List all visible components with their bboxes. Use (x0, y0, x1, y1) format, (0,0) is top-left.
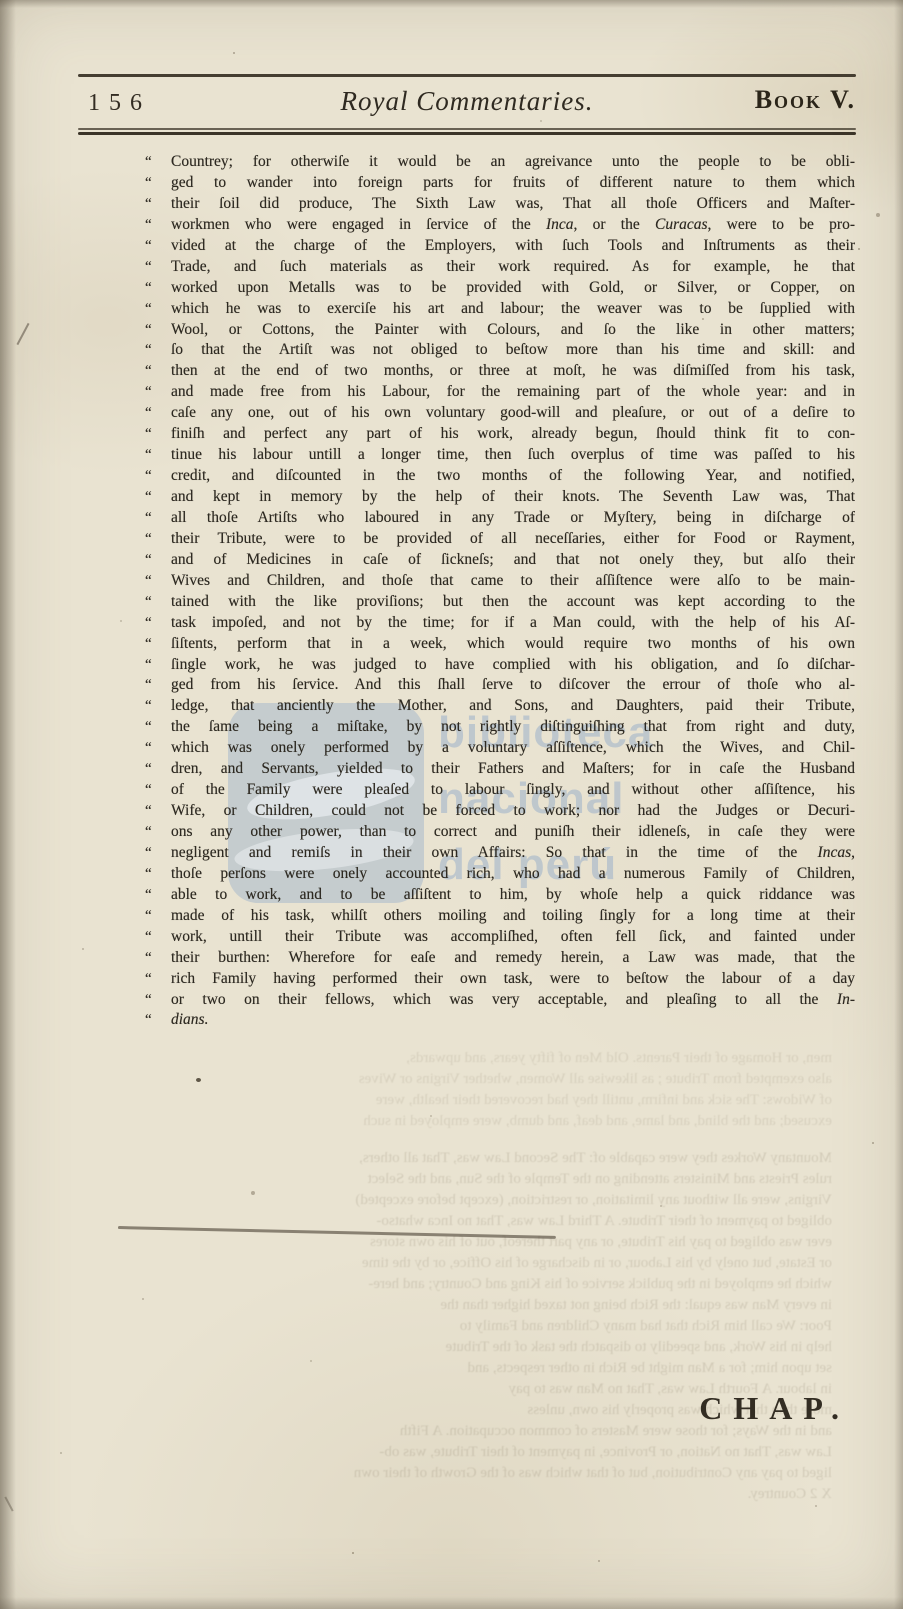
quote-mark: “ (145, 822, 171, 843)
text-line: “ged from his ſervice. And this ſhall ſe… (145, 675, 855, 696)
quote-mark: “ (145, 278, 171, 299)
text-line-content: task impoſed, and not by the time; for i… (171, 613, 855, 634)
quote-mark: “ (145, 613, 171, 634)
text-line-content: workmen who were engaged in ſervice of t… (171, 215, 855, 236)
quote-mark: “ (145, 780, 171, 801)
quote-mark: “ (145, 675, 171, 696)
text-line: “ged to wander into foreign parts for fr… (145, 173, 855, 194)
text-line-content: made of his task, whilſt others moiling … (171, 906, 855, 927)
text-line: “thoſe perſons were onely accounted rich… (145, 864, 855, 885)
bleedthrough-line: set upon him; for a Man might be Rich in… (126, 1358, 832, 1379)
text-line: “ledge, that anciently the Mother, and S… (145, 696, 855, 717)
text-line: “worked upon Metalls was to be provided … (145, 278, 855, 299)
text-line-content: then at the end of two months, or three … (171, 361, 855, 382)
scanned-book-page: men, or Homage of their Parents. Old Men… (0, 0, 903, 1609)
text-line-content: finiſh and perfect any part of his work,… (171, 424, 855, 445)
text-line: “their ſoil did produce, The Sixth Law w… (145, 194, 855, 215)
quote-mark: “ (145, 508, 171, 529)
text-line-content: and of Medicines in caſe of ſickneſs; an… (171, 550, 855, 571)
text-line: “and of Medicines in caſe of ſickneſs; a… (145, 550, 855, 571)
header-rule-thick (78, 132, 856, 135)
text-line-content: ſingle work, he was judged to have compl… (171, 655, 855, 676)
bleedthrough-line: or Estate, but onely by his Labour, or i… (126, 1253, 832, 1274)
bleedthrough-line: of Widows: The sick and infirm, untill t… (126, 1090, 832, 1111)
quote-mark: “ (145, 382, 171, 403)
text-line-content: or two on their fellows, which was very … (171, 990, 855, 1011)
quote-mark: “ (145, 655, 171, 676)
quote-mark: “ (145, 948, 171, 969)
quote-mark: “ (145, 340, 171, 361)
bleedthrough-lower: Mountany Workes they were capable of: Th… (126, 1148, 832, 1505)
text-line: “rich Family having performed their own … (145, 969, 855, 990)
text-line: “dians. (145, 1010, 855, 1031)
text-line-content: ſiſtents, perform that in a week, which … (171, 634, 855, 655)
catchword: CHAP. (600, 1390, 850, 1427)
quote-mark: “ (145, 173, 171, 194)
text-line: “which he was to exerciſe his art and la… (145, 299, 855, 320)
bleedthrough-line: liged to pay any Contribution, but of th… (126, 1463, 832, 1484)
text-line: “ſingle work, he was judged to have comp… (145, 655, 855, 676)
text-line-content: which was onely performed by a voluntary… (171, 738, 855, 759)
quote-mark: “ (145, 424, 171, 445)
bleedthrough-line: Mountany Workes they were capable of: Th… (126, 1148, 832, 1169)
quote-mark: “ (145, 906, 171, 927)
bleedthrough-line: X 2 Countrey. (126, 1484, 832, 1505)
text-line-content: their burthen: Wherefore for eaſe and re… (171, 948, 855, 969)
text-line-content: their ſoil did produce, The Sixth Law wa… (171, 194, 855, 215)
paper-specks (0, 0, 2, 2)
quote-mark: “ (145, 759, 171, 780)
text-line-content: Wool, or Cottons, the Painter with Colou… (171, 320, 855, 341)
quote-mark: “ (145, 571, 171, 592)
text-line-content: ſo that the Artiſt was not obliged to be… (171, 340, 855, 361)
text-line-content: of the Family were pleaſed to labour ſin… (171, 780, 855, 801)
text-line: “tinue his labour untill a longer time, … (145, 445, 855, 466)
pen-mark (4, 1496, 13, 1511)
bleedthrough-upper: men, or Homage of their Parents. Old Men… (126, 1048, 832, 1132)
quote-mark: “ (145, 236, 171, 257)
text-line: “Countrey; for otherwiſe it would be an … (145, 152, 855, 173)
text-line-content: their Tribute, were to be provided of al… (171, 529, 855, 550)
text-line-content: ons any other power, than to correct and… (171, 822, 855, 843)
quote-mark: “ (145, 529, 171, 550)
text-line-content: the ſame being a miſtake, by not rightly… (171, 717, 855, 738)
text-line: “made of his task, whilſt others moiling… (145, 906, 855, 927)
quote-mark: “ (145, 990, 171, 1011)
text-line-content: ledge, that anciently the Mother, and So… (171, 696, 855, 717)
text-line: “their Tribute, were to be provided of a… (145, 529, 855, 550)
book-label: Book V. (755, 85, 856, 115)
text-line-content: negligent and remiſs in their own Affair… (171, 843, 855, 864)
bleedthrough-line: excused; and the blind, and lame, and de… (126, 1111, 832, 1132)
text-line: “vided at the charge of the Employers, w… (145, 236, 855, 257)
quote-mark: “ (145, 843, 171, 864)
text-line-content: Trade, and ſuch materials as their work … (171, 257, 855, 278)
page-header: 156 Royal Commentaries. Book V. (78, 84, 856, 126)
text-line-content: ged to wander into foreign parts for fru… (171, 173, 855, 194)
text-line-content: Countrey; for otherwiſe it would be an a… (171, 152, 855, 173)
quote-mark: “ (145, 445, 171, 466)
text-line-content: able to work, and to be aſſiſtent to him… (171, 885, 855, 906)
text-line: “their burthen: Wherefore for eaſe and r… (145, 948, 855, 969)
text-line: “of the Family were pleaſed to labour ſi… (145, 780, 855, 801)
text-line: “able to work, and to be aſſiſtent to hi… (145, 885, 855, 906)
text-line-content: Wife, or Children, could not be forced t… (171, 801, 855, 822)
text-line-content: dren, and Servants, yielded to their Fat… (171, 759, 855, 780)
text-line: “and made free from his Labour, for the … (145, 382, 855, 403)
bleedthrough-line: men, or Homage of their Parents. Old Men… (126, 1048, 832, 1069)
text-line-content: tinue his labour untill a longer time, t… (171, 445, 855, 466)
text-line: “Wool, or Cottons, the Painter with Colo… (145, 320, 855, 341)
bleedthrough-line: which he employed in the publick service… (126, 1274, 832, 1295)
quote-mark: “ (145, 550, 171, 571)
bleedthrough-rule (118, 1226, 556, 1238)
text-line: “tained with the like proviſions; but th… (145, 592, 855, 613)
text-line: “Wives and Children, and thoſe that came… (145, 571, 855, 592)
bleedthrough-line: also exempted from Tribute ; as likewise… (126, 1069, 832, 1090)
quote-mark: “ (145, 361, 171, 382)
header-rule-bottom (78, 128, 856, 135)
bleedthrough-line: Law was, That no Nation, or Province, in… (126, 1442, 832, 1463)
text-line: “ſo that the Artiſt was not obliged to b… (145, 340, 855, 361)
quote-mark: “ (145, 717, 171, 738)
text-line: “dren, and Servants, yielded to their Fa… (145, 759, 855, 780)
text-line: “caſe any one, out of his own voluntary … (145, 403, 855, 424)
text-line: “ſiſtents, perform that in a week, which… (145, 634, 855, 655)
text-line: “ons any other power, than to correct an… (145, 822, 855, 843)
text-line: “finiſh and perfect any part of his work… (145, 424, 855, 445)
quote-mark: “ (145, 738, 171, 759)
quote-mark: “ (145, 320, 171, 341)
quote-mark: “ (145, 634, 171, 655)
text-line-content: dians. (171, 1010, 855, 1031)
text-line: “work, untill their Tribute was accompli… (145, 927, 855, 948)
quote-mark: “ (145, 1010, 171, 1031)
text-line-content: worked upon Metalls was to be provided w… (171, 278, 855, 299)
bleedthrough-line: help in his Work, and speedily to dispat… (126, 1337, 832, 1358)
quote-mark: “ (145, 592, 171, 613)
quote-mark: “ (145, 194, 171, 215)
quote-mark: “ (145, 215, 171, 236)
quote-mark: “ (145, 487, 171, 508)
text-line: “negligent and remiſs in their own Affai… (145, 843, 855, 864)
text-line-content: credit, and diſcounted in the two months… (171, 466, 855, 487)
quote-mark: “ (145, 927, 171, 948)
text-line-content: tained with the like proviſions; but the… (171, 592, 855, 613)
text-line-content: all thoſe Artiſts who laboured in any Tr… (171, 508, 855, 529)
text-line: “Wife, or Children, could not be forced … (145, 801, 855, 822)
body-text: “Countrey; for otherwiſe it would be an … (145, 152, 855, 1031)
text-line-content: which he was to exerciſe his art and lab… (171, 299, 855, 320)
quote-mark: “ (145, 257, 171, 278)
ink-dot (196, 1078, 201, 1082)
text-line-content: caſe any one, out of his own voluntary g… (171, 403, 855, 424)
pen-mark (16, 323, 29, 345)
text-line-content: and made free from his Labour, for the r… (171, 382, 855, 403)
text-line-content: and kept in memory by the help of their … (171, 487, 855, 508)
text-line: “the ſame being a miſtake, by not rightl… (145, 717, 855, 738)
text-line: “all thoſe Artiſts who laboured in any T… (145, 508, 855, 529)
running-title: Royal Commentaries. (341, 86, 594, 117)
text-line: “or two on their fellows, which was very… (145, 990, 855, 1011)
text-line-content: ged from his ſervice. And this ſhall ſer… (171, 675, 855, 696)
text-line-content: rich Family having performed their own t… (171, 969, 855, 990)
bleedthrough-line: Virgins, were all without any limitation… (126, 1190, 832, 1211)
text-line-content: work, untill their Tribute was accompliſ… (171, 927, 855, 948)
quote-mark: “ (145, 299, 171, 320)
text-line: “and kept in memory by the help of their… (145, 487, 855, 508)
quote-mark: “ (145, 696, 171, 717)
bleedthrough-line: Poor: We call him Rich that had many Chi… (126, 1316, 832, 1337)
header-rule-hairline (78, 128, 856, 130)
text-line: “then at the end of two months, or three… (145, 361, 855, 382)
text-line-content: thoſe perſons were onely accounted rich,… (171, 864, 855, 885)
quote-mark: “ (145, 864, 171, 885)
header-rule-top (78, 74, 856, 77)
quote-mark: “ (145, 466, 171, 487)
page-number: 156 (88, 90, 151, 117)
text-line: “task impoſed, and not by the time; for … (145, 613, 855, 634)
quote-mark: “ (145, 152, 171, 173)
text-line-content: vided at the charge of the Employers, wi… (171, 236, 855, 257)
bleedthrough-line: in every Man was equal: the Rich being n… (126, 1295, 832, 1316)
bleedthrough-line: rules Priests and Ministers attending on… (126, 1169, 832, 1190)
text-line-content: Wives and Children, and thoſe that came … (171, 571, 855, 592)
text-line: “which was onely performed by a voluntar… (145, 738, 855, 759)
text-line: “credit, and diſcounted in the two month… (145, 466, 855, 487)
text-line: “workmen who were engaged in ſervice of … (145, 215, 855, 236)
quote-mark: “ (145, 403, 171, 424)
quote-mark: “ (145, 801, 171, 822)
quote-mark: “ (145, 969, 171, 990)
quote-mark: “ (145, 885, 171, 906)
text-line: “Trade, and ſuch materials as their work… (145, 257, 855, 278)
